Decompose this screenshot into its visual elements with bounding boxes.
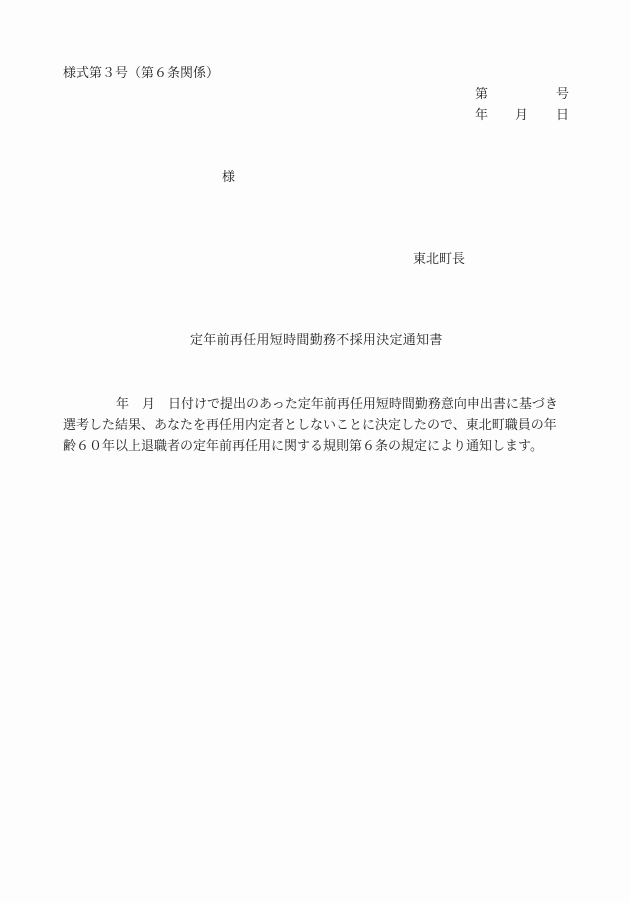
date-month-label: 月 [515,108,528,124]
date-year-label: 年 [475,108,488,124]
body-text: 年 月 日付けで提出のあった定年前再任用短時間勤務意向申出書に基づき 選考した結… [63,394,573,457]
body-line-1: 年 月 日付けで提出のあった定年前再任用短時間勤務意向申出書に基づき [63,394,573,415]
addressee-honorific: 様 [222,170,235,186]
form-number: 様式第３号（第６条関係） [63,66,219,82]
body-line-1-text: 年 月 日付けで提出のあった定年前再任用短時間勤務意向申出書に基づき [116,397,558,412]
date-day-label: 日 [556,108,569,124]
body-line-2: 選考した結果、あなたを再任用内定者としないことに決定したので、東北町職員の年 [63,415,573,436]
body-line-3: 齢６０年以上退職者の定年前再任用に関する規則第６条の規定により通知します。 [63,436,573,457]
document-title: 定年前再任用短時間勤務不採用決定通知書 [190,333,443,349]
document-number-suffix: 号 [556,87,569,103]
sender-name: 東北町長 [413,252,465,268]
document-number-prefix: 第 [475,87,488,103]
document-page: 様式第３号（第６条関係） 第 号 年 月 日 様 東北町長 定年前再任用短時間勤… [0,0,630,903]
